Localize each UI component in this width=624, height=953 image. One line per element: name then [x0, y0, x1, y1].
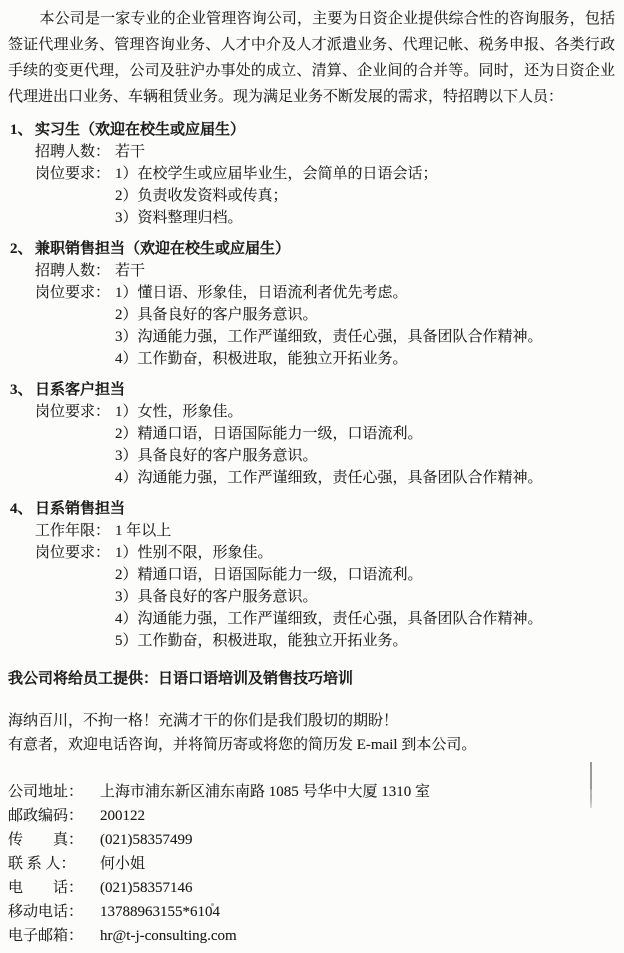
- requirement-line: 1）性别不限，形象佳。: [115, 542, 624, 564]
- position-section-1: 1、 实习生（欢迎在校生或应届生） 招聘人数： 若干 岗位要求： 1）在校学生或…: [10, 119, 624, 229]
- position-heading: 1、 实习生（欢迎在校生或应届生）: [10, 119, 624, 141]
- scan-artifact-vertical-line: [590, 762, 592, 808]
- requirement-line: 3）资料整理归档。: [115, 207, 624, 229]
- contact-value: hr@t-j-consulting.com: [100, 924, 237, 948]
- position-number: 1、: [10, 119, 35, 141]
- position-title: 实习生（欢迎在校生或应届生）: [35, 119, 624, 141]
- requirement-line: 2）精通口语，日语国际能力一级，口语流利。: [115, 564, 624, 586]
- training-benefit-line: 我公司将给员工提供：日语口语培训及销售技巧培训: [8, 668, 616, 690]
- contact-value: (021)58357499: [100, 828, 193, 852]
- contact-label: 联 系 人：: [8, 852, 96, 876]
- contact-row-mobile: 移动电话： 13788963155*6104: [8, 900, 624, 924]
- position-title: 日系客户担当: [35, 379, 624, 401]
- contact-label: 电 话：: [8, 876, 96, 900]
- experience-field: 工作年限： 1 年以上: [35, 520, 624, 542]
- requirements-list: 1）性别不限，形象佳。 2）精通口语，日语国际能力一级，口语流利。 3）具备良好…: [115, 542, 624, 652]
- contact-label: 公司地址：: [8, 780, 96, 804]
- requirement-line: 2）负责收发资料或传真；: [115, 185, 624, 207]
- requirements-list: 1）在校学生或应届毕业生，会简单的日语会话； 2）负责收发资料或传真； 3）资料…: [115, 163, 624, 229]
- requirement-line: 4）工作勤奋，积极进取，能独立开拓业务。: [115, 348, 624, 370]
- contact-value: 何小姐: [100, 852, 145, 876]
- contact-row-phone: 电 话： (021)58357146: [8, 876, 624, 900]
- scanned-document-page: 本公司是一家专业的企业管理咨询公司，主要为日资企业提供综合性的咨询服务，包括签证…: [0, 0, 624, 953]
- contact-value: (021)58357146: [100, 876, 193, 900]
- contact-block: 公司地址： 上海市浦东新区浦东南路 1085 号华中大厦 1310 室 邮政编码…: [0, 780, 624, 948]
- requirements-label: 岗位要求：: [35, 163, 115, 185]
- requirements-block: 岗位要求： 1）女性，形象佳。 2）精通口语，日语国际能力一级，口语流利。 3）…: [35, 401, 624, 489]
- position-title: 日系销售担当: [35, 498, 624, 520]
- contact-label: 电子邮箱：: [8, 924, 96, 948]
- position-heading: 3、 日系客户担当: [10, 379, 624, 401]
- headcount-field: 招聘人数： 若干: [35, 141, 624, 163]
- requirement-line: 1）懂日语、形象佳，日语流利者优先考虑。: [115, 282, 624, 304]
- requirements-block: 岗位要求： 1）懂日语、形象佳，日语流利者优先考虑。 2）具备良好的客户服务意识…: [35, 282, 624, 370]
- headcount-field: 招聘人数： 若干: [35, 260, 624, 282]
- position-section-3: 3、 日系客户担当 岗位要求： 1）女性，形象佳。 2）精通口语，日语国际能力一…: [10, 379, 624, 489]
- contact-row-address: 公司地址： 上海市浦东新区浦东南路 1085 号华中大厦 1310 室: [8, 780, 624, 804]
- requirement-line: 3）具备良好的客户服务意识。: [115, 586, 624, 608]
- contact-row-postcode: 邮政编码： 200122: [8, 804, 624, 828]
- requirements-label: 岗位要求：: [35, 282, 115, 304]
- contact-row-fax: 传 真： (021)58357499: [8, 828, 624, 852]
- contact-row-contact-person: 联 系 人： 何小姐: [8, 852, 624, 876]
- contact-value: 13788963155*6104: [100, 900, 220, 924]
- requirement-line: 5）工作勤奋，积极进取，能独立开拓业务。: [115, 630, 624, 652]
- position-title: 兼职销售担当（欢迎在校生或应届生）: [35, 238, 624, 260]
- contact-value: 上海市浦东新区浦东南路 1085 号华中大厦 1310 室: [100, 780, 430, 804]
- requirements-label: 岗位要求：: [35, 401, 115, 423]
- apply-instructions-line: 有意者，欢迎电话咨询，并将简历寄或将您的简历发 E-mail 到本公司。: [8, 734, 616, 756]
- requirements-list: 1）女性，形象佳。 2）精通口语，日语国际能力一级，口语流利。 3）具备良好的客…: [115, 401, 624, 489]
- position-section-4: 4、 日系销售担当 工作年限： 1 年以上 岗位要求： 1）性别不限，形象佳。 …: [10, 498, 624, 652]
- requirement-line: 4）沟通能力强，工作严谨细致，责任心强，具备团队合作精神。: [115, 467, 624, 489]
- slogan-line: 海纳百川，不拘一格！充满才干的你们是我们殷切的期盼！: [8, 710, 616, 732]
- requirements-block: 岗位要求： 1）性别不限，形象佳。 2）精通口语，日语国际能力一级，口语流利。 …: [35, 542, 624, 652]
- contact-value: 200122: [100, 804, 145, 828]
- requirement-line: 3）具备良好的客户服务意识。: [115, 445, 624, 467]
- contact-label: 移动电话：: [8, 900, 96, 924]
- position-number: 4、: [10, 498, 35, 520]
- scan-artifact-speck: [211, 903, 214, 906]
- requirement-line: 1）女性，形象佳。: [115, 401, 624, 423]
- contact-row-email: 电子邮箱： hr@t-j-consulting.com: [8, 924, 624, 948]
- field-value: 若干: [115, 260, 145, 282]
- field-label: 招聘人数：: [35, 260, 110, 282]
- requirements-label: 岗位要求：: [35, 542, 115, 564]
- requirements-block: 岗位要求： 1）在校学生或应届毕业生，会简单的日语会话； 2）负责收发资料或传真…: [35, 163, 624, 229]
- contact-label: 邮政编码：: [8, 804, 96, 828]
- requirement-line: 3）沟通能力强，工作严谨细致，责任心强，具备团队合作精神。: [115, 326, 624, 348]
- field-label: 工作年限：: [35, 520, 110, 542]
- position-section-2: 2、 兼职销售担当（欢迎在校生或应届生） 招聘人数： 若干 岗位要求： 1）懂日…: [10, 238, 624, 370]
- field-value: 若干: [115, 141, 145, 163]
- position-heading: 2、 兼职销售担当（欢迎在校生或应届生）: [10, 238, 624, 260]
- requirement-line: 2）精通口语，日语国际能力一级，口语流利。: [115, 423, 624, 445]
- field-label: 招聘人数：: [35, 141, 110, 163]
- requirement-line: 1）在校学生或应届毕业生，会简单的日语会话；: [115, 163, 624, 185]
- requirement-line: 4）沟通能力强，工作严谨细致，责任心强，具备团队合作精神。: [115, 608, 624, 630]
- position-heading: 4、 日系销售担当: [10, 498, 624, 520]
- contact-label: 传 真：: [8, 828, 96, 852]
- position-number: 2、: [10, 238, 35, 260]
- requirement-line: 2）具备良好的客户服务意识。: [115, 304, 624, 326]
- position-number: 3、: [10, 379, 35, 401]
- intro-paragraph: 本公司是一家专业的企业管理咨询公司，主要为日资企业提供综合性的咨询服务，包括签证…: [8, 6, 615, 110]
- field-value: 1 年以上: [115, 520, 171, 542]
- requirements-list: 1）懂日语、形象佳，日语流利者优先考虑。 2）具备良好的客户服务意识。 3）沟通…: [115, 282, 624, 370]
